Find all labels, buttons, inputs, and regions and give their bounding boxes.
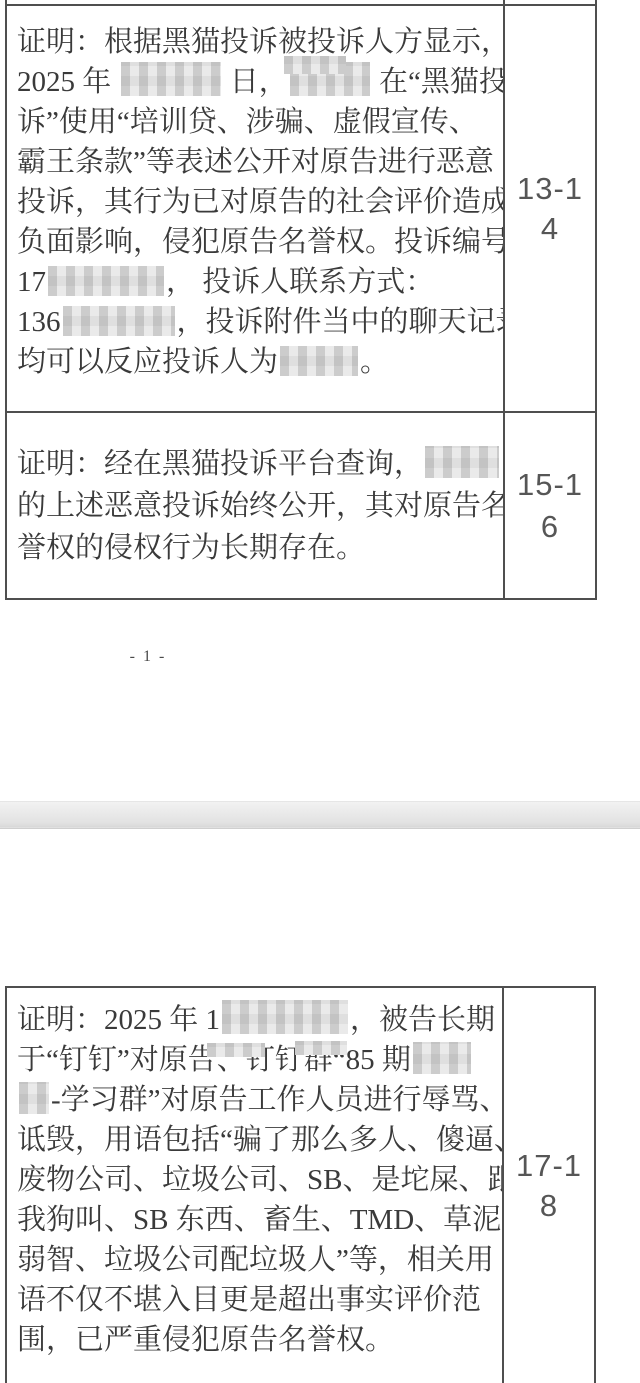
- redaction-mosaic: [19, 1082, 49, 1114]
- page-ref-cell: 17-18: [502, 988, 594, 1383]
- text-segment: 证明：2025 年 1: [17, 1004, 220, 1036]
- text-line: 15-1: [517, 464, 583, 506]
- text-segment: 4: [541, 211, 559, 246]
- text-line: 8: [540, 1186, 558, 1226]
- text-segment: 2025 年: [17, 66, 119, 98]
- text-segment: 负面影响，侵犯原告名誉权。投诉编号：: [17, 226, 503, 258]
- text-segment: 均可以反应投诉人为: [17, 346, 278, 378]
- text-segment: 诉”使用“培训贷、涉骗、虚假宣传、: [17, 106, 478, 138]
- text-segment: ，被告长期: [350, 1004, 495, 1036]
- page-number: - 1 -: [118, 648, 178, 666]
- redaction-mosaic: [48, 266, 164, 296]
- evidence-description-cell: 证明：经在黑猫投诉平台查询，的上述恶意投诉始终公开，其对原告名誉权的侵权行为长期…: [7, 413, 503, 598]
- text-line: 6: [541, 506, 559, 548]
- text-segment: 的上述恶意投诉始终公开，其对原告名: [17, 490, 503, 522]
- text-line: 弱智、垃圾公司配垃圾人”等，相关用: [17, 1240, 498, 1280]
- redaction-mosaic: [121, 62, 221, 96]
- text-segment: 。: [360, 346, 389, 378]
- text-segment: 日，: [223, 66, 288, 98]
- text-line: 废物公司、垃圾公司、SB、是坨屎、跟: [17, 1160, 498, 1200]
- text-line: 2025 年 日， 在“黑猫投: [17, 62, 499, 102]
- text-segment: 13-1: [517, 171, 583, 206]
- text-segment: 投诉，其行为已对原告的社会评价造成: [17, 186, 503, 218]
- evidence-description-cell: 证明：根据黑猫投诉被投诉人方显示，2025 年 日， 在“黑猫投诉”使用“培训贷…: [7, 6, 503, 411]
- text-line: 誉权的侵权行为长期存在。: [17, 527, 499, 569]
- text-segment: 17: [17, 266, 46, 298]
- redaction-mosaic: [284, 56, 346, 74]
- redaction-mosaic: [425, 446, 499, 478]
- text-segment: -学习群”对原告工作人员进行辱骂、: [51, 1084, 502, 1116]
- text-segment: 霸王条款”等表述公开对原告进行恶意: [17, 146, 494, 178]
- table-row: 证明：经在黑猫投诉平台查询，的上述恶意投诉始终公开，其对原告名誉权的侵权行为长期…: [7, 411, 595, 598]
- text-line: 证明：根据黑猫投诉被投诉人方显示，: [17, 22, 499, 62]
- text-segment: 弱智、垃圾公司配垃圾人”等，相关用: [17, 1244, 494, 1276]
- text-line: 4: [541, 209, 559, 249]
- redaction-mosaic: [222, 1000, 348, 1034]
- text-line: 均可以反应投诉人为。: [17, 342, 499, 382]
- text-segment: ， 投诉人联系方式：: [166, 266, 434, 298]
- text-line: 诋毁，用语包括“骗了那么多人、傻逼、: [17, 1120, 498, 1160]
- text-segment: 废物公司、垃圾公司、SB、是坨屎、跟: [17, 1164, 502, 1196]
- redaction-mosaic: [295, 1041, 347, 1055]
- text-segment: 语不仅不堪入目更是超出事实评价范: [17, 1284, 481, 1316]
- text-segment: 围，已严重侵犯原告名誉权。: [17, 1324, 394, 1356]
- text-line: 136，投诉附件当中的聊天记录: [17, 302, 499, 342]
- text-line: 诉”使用“培训贷、涉骗、虚假宣传、: [17, 102, 499, 142]
- redaction-mosaic: [63, 306, 175, 336]
- text-segment: 诋毁，用语包括“骗了那么多人、傻逼、: [17, 1124, 502, 1156]
- text-segment: 15-1: [517, 467, 583, 502]
- text-segment: 证明：根据黑猫投诉被投诉人方显示，: [17, 26, 503, 58]
- redaction-mosaic: [280, 346, 358, 376]
- text-line: 17-1: [516, 1146, 582, 1186]
- text-line: 负面影响，侵犯原告名誉权。投诉编号：: [17, 222, 499, 262]
- page-ref-cell: 15-16: [503, 413, 595, 598]
- page-ref-cell: 13-14: [503, 6, 595, 411]
- text-segment: 6: [541, 509, 559, 544]
- text-segment: 136: [17, 306, 61, 338]
- text-segment: 17-1: [516, 1148, 582, 1183]
- text-line: 13-1: [517, 169, 583, 209]
- text-line: 语不仅不堪入目更是超出事实评价范: [17, 1280, 498, 1320]
- text-line: 17， 投诉人联系方式：: [17, 262, 499, 302]
- text-segment: 证明：经在黑猫投诉平台查询，: [17, 448, 423, 480]
- text-line: 的上述恶意投诉始终公开，其对原告名: [17, 485, 499, 527]
- text-line: 围，已严重侵犯原告名誉权。: [17, 1320, 498, 1360]
- text-line: 霸王条款”等表述公开对原告进行恶意: [17, 142, 499, 182]
- text-segment: ，投诉附件当中的聊天记录: [177, 306, 504, 338]
- text-segment: 在“黑猫投: [372, 66, 503, 98]
- text-segment: 我狗叫、SB 东西、畜生、TMD、草泥马、: [17, 1204, 502, 1236]
- text-line: 投诉，其行为已对原告的社会评价造成: [17, 182, 499, 222]
- text-line: 证明：2025 年 1，被告长期: [17, 1000, 498, 1040]
- redaction-mosaic: [207, 1043, 265, 1057]
- redaction-mosaic: [413, 1042, 471, 1074]
- text-line: 证明：经在黑猫投诉平台查询，: [17, 443, 499, 485]
- evidence-table-page1: 证明：根据黑猫投诉被投诉人方显示，2025 年 日， 在“黑猫投诉”使用“培训贷…: [5, 4, 597, 600]
- document-viewer: 证明：根据黑猫投诉被投诉人方显示，2025 年 日， 在“黑猫投诉”使用“培训贷…: [0, 0, 640, 1383]
- text-segment: 8: [540, 1188, 558, 1223]
- text-line: 我狗叫、SB 东西、畜生、TMD、草泥马、: [17, 1200, 498, 1240]
- text-segment: 誉权的侵权行为长期存在。: [17, 532, 365, 564]
- text-line: -学习群”对原告工作人员进行辱骂、: [17, 1080, 498, 1120]
- page-separator-bar: [0, 801, 640, 829]
